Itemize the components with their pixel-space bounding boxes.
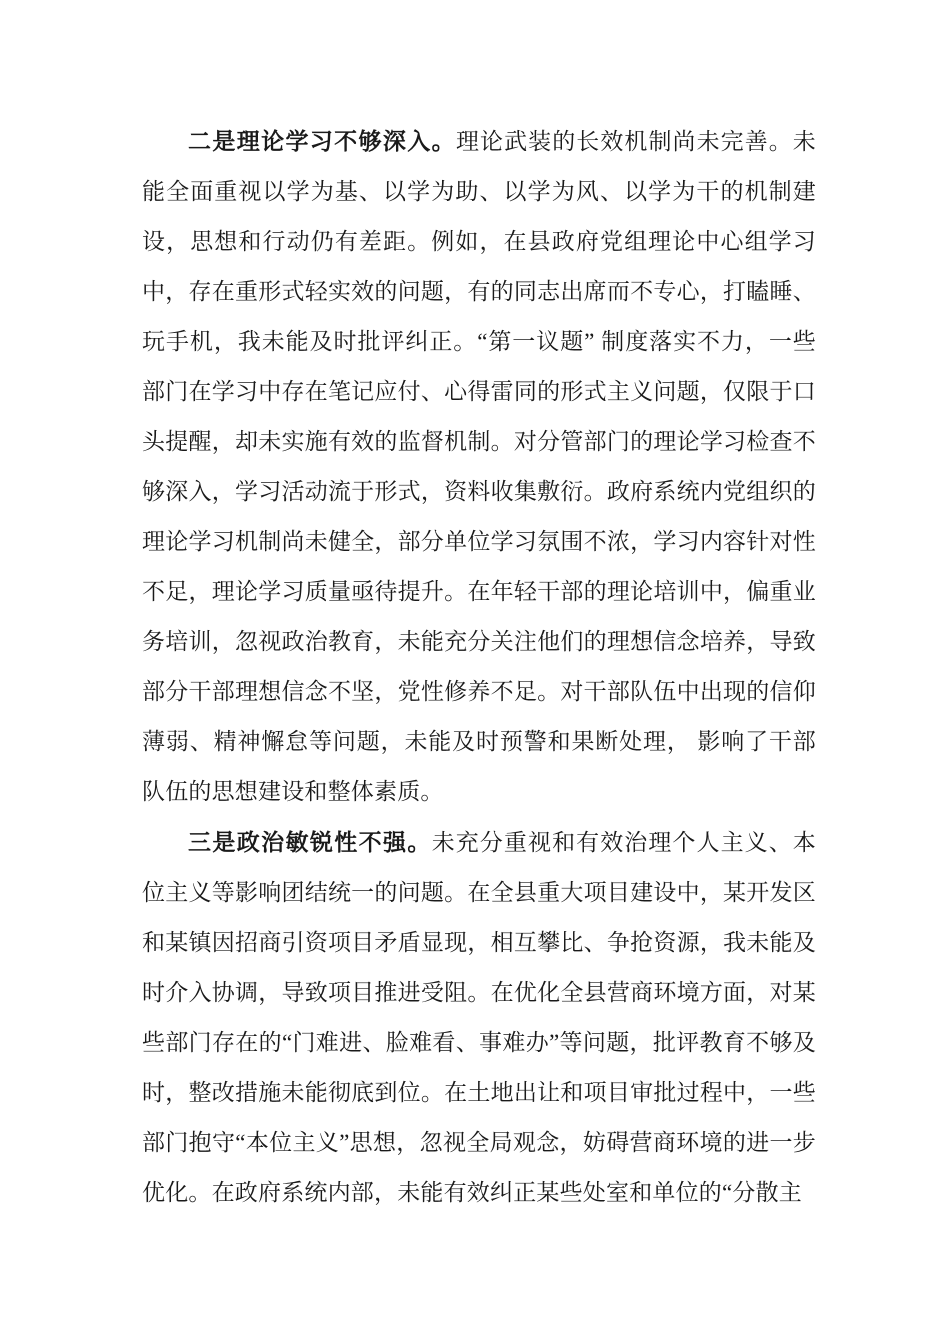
paragraph-text: 未充分重视和有效治理个人主义、本位主义等影响团结统一的问题。在全县重大项目建设中… (142, 830, 816, 1205)
paragraph: 三是政治敏锐性不强。未充分重视和有效治理个人主义、本位主义等影响团结统一的问题。… (142, 817, 816, 1218)
paragraph-lead: 二是理论学习不够深入。 (188, 128, 456, 154)
paragraph-text: 理论武装的长效机制尚未完善。未能全面重视以学为基、以学为助、以学为风、以学为干的… (142, 129, 816, 804)
paragraph-lead: 三是政治敏锐性不强。 (188, 829, 432, 855)
paragraph: 二是理论学习不够深入。理论武装的长效机制尚未完善。未能全面重视以学为基、以学为助… (142, 116, 816, 817)
document-body: 二是理论学习不够深入。理论武装的长效机制尚未完善。未能全面重视以学为基、以学为助… (142, 116, 816, 1218)
document-page: 二是理论学习不够深入。理论武装的长效机制尚未完善。未能全面重视以学为基、以学为助… (0, 0, 950, 1344)
